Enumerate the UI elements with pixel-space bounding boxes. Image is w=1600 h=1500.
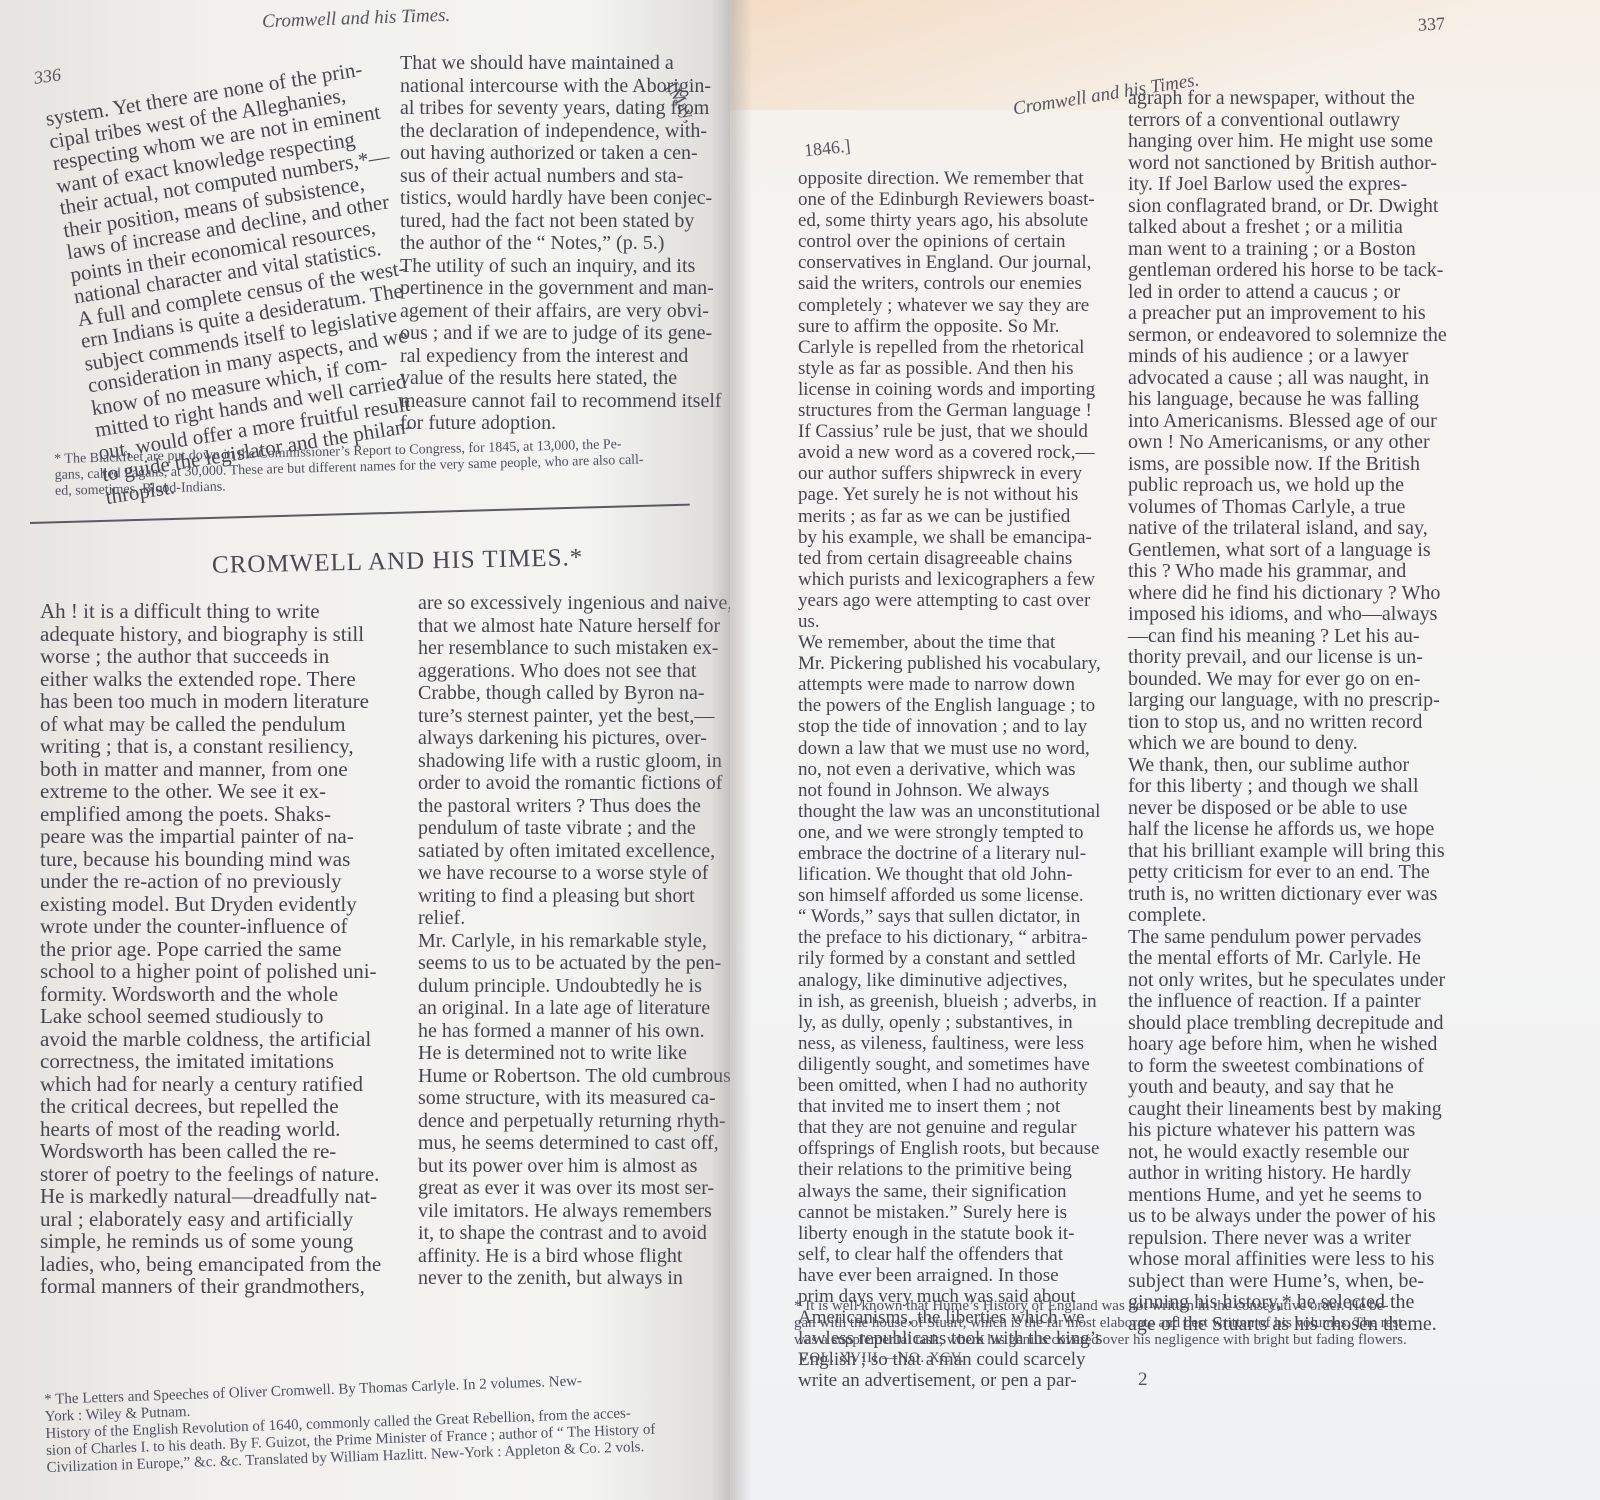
text-line: a preacher put an improvement to his bbox=[1128, 303, 1473, 325]
text-line: which we are bound to deny. bbox=[1128, 733, 1473, 755]
text-line: great as ever it was over its most ser- bbox=[418, 1177, 718, 1200]
text-line: said the writers, controls our enemies bbox=[798, 273, 1108, 294]
text-line: been omitted, when I had no authority bbox=[798, 1075, 1108, 1096]
right-page: Cromwell and his Times. 337 1846.] oppos… bbox=[730, 0, 1600, 1500]
text-line: tion to stop us, and no written record bbox=[1128, 712, 1473, 734]
text-line: should place trembling decrepitude and bbox=[1128, 1013, 1473, 1035]
text-line: of what may be called the pendulum bbox=[40, 713, 385, 736]
text-line: ture, because his bounding mind was bbox=[40, 848, 385, 871]
text-line: license in coining words and importing bbox=[798, 379, 1108, 400]
text-line: into Americanisms. Blessed age of our bbox=[1128, 411, 1473, 433]
text-line: control over the opinions of certain bbox=[798, 231, 1108, 252]
text-line: aggerations. Who does not see that bbox=[418, 660, 718, 683]
text-line: The utility of such an inquiry, and its bbox=[400, 255, 700, 278]
text-line: down a law that we must use no word, bbox=[798, 738, 1108, 759]
text-line: cannot be mistaken.” Surely here is bbox=[798, 1202, 1108, 1223]
text-line: Gentlemen, what sort of a language is bbox=[1128, 540, 1473, 562]
article-title: CROMWELL AND HIS TIMES.* bbox=[212, 544, 584, 580]
text-line: adequate history, and biography is still bbox=[40, 623, 385, 646]
text-line: it, to shape the contrast and to avoid bbox=[418, 1222, 718, 1245]
text-line: simple, he reminds us of some young bbox=[40, 1230, 385, 1253]
text-line: relief. bbox=[418, 907, 718, 930]
text-line: for this liberty ; and though we shall bbox=[1128, 776, 1473, 798]
text-line: either walks the extended rope. There bbox=[40, 668, 385, 691]
text-line: which had for nearly a century ratified bbox=[40, 1073, 385, 1096]
left-body-column-1: Ah ! it is a difficult thing to writeade… bbox=[40, 600, 385, 1298]
text-line: lification. We thought that old John- bbox=[798, 864, 1108, 885]
right-footnote: * It is well known that Hume’s History o… bbox=[794, 1298, 1554, 1349]
text-line: ladies, who, being emancipated from the bbox=[40, 1253, 385, 1276]
text-line: by his example, we shall be emancipa- bbox=[798, 527, 1108, 548]
text-line: word not sanctioned by British author- bbox=[1128, 153, 1473, 175]
text-line: shadowing life with a rustic gloom, in bbox=[418, 750, 718, 773]
text-line: ity. If Joel Barlow used the expres- bbox=[1128, 174, 1473, 196]
right-page-number: 337 bbox=[1417, 13, 1445, 35]
text-line: Mr. Pickering published his vocabulary, bbox=[798, 653, 1108, 674]
text-line: that his brilliant example will bring th… bbox=[1128, 841, 1473, 863]
text-line: minds of his audience ; or a lawyer bbox=[1128, 346, 1473, 368]
right-column-2: agraph for a newspaper, without theterro… bbox=[1128, 88, 1473, 1335]
text-line: correctness, the imitated imitations bbox=[40, 1050, 385, 1073]
left-bottom-footnote: * The Letters and Speeches of Oliver Cro… bbox=[44, 1368, 727, 1477]
footnote-line: gan with the house of Stuart, which is t… bbox=[794, 1315, 1554, 1332]
text-line: the mental efforts of Mr. Carlyle. He bbox=[1128, 948, 1473, 970]
text-line: peare was the impartial painter of na- bbox=[40, 825, 385, 848]
text-line: one, and we were strongly tempted to bbox=[798, 822, 1108, 843]
text-line: national intercourse with the Aborigin- bbox=[400, 75, 700, 98]
text-line: value of the results here stated, the bbox=[400, 367, 700, 390]
text-line: diligently sought, and sometimes have bbox=[798, 1054, 1108, 1075]
text-line: caught their lineaments best by making bbox=[1128, 1099, 1473, 1121]
text-line: always the same, their signification bbox=[798, 1181, 1108, 1202]
text-line: whose moral affinities were less to his bbox=[1128, 1249, 1473, 1271]
text-line: his language, because he was falling bbox=[1128, 389, 1473, 411]
text-line: the pastoral writers ? Thus does the bbox=[418, 795, 718, 818]
text-line: this ? Who made his grammar, and bbox=[1128, 561, 1473, 583]
text-line: —can find his meaning ? Let his au- bbox=[1128, 626, 1473, 648]
text-line: “ Words,” says that sullen dictator, in bbox=[798, 906, 1108, 927]
text-line: dence and perpetually returning rhyth- bbox=[418, 1110, 718, 1133]
text-line: where did he find his dictionary ? Who bbox=[1128, 583, 1473, 605]
left-page: Cromwell and his Times. 336 [May, system… bbox=[0, 0, 730, 1500]
text-line: author in writing history. He hardly bbox=[1128, 1163, 1473, 1185]
text-line: not only writes, but he speculates under bbox=[1128, 970, 1473, 992]
text-line: the influence of reaction. If a painter bbox=[1128, 991, 1473, 1013]
text-line: writing to find a pleasing but short bbox=[418, 885, 718, 908]
text-line: affinity. He is a bird whose flight bbox=[418, 1245, 718, 1268]
text-line: Ah ! it is a difficult thing to write bbox=[40, 600, 385, 623]
section-divider-rule bbox=[30, 504, 690, 524]
text-line: her resemblance to such mistaken ex- bbox=[418, 637, 718, 660]
text-line: Carlyle is repelled from the rhetorical bbox=[798, 337, 1108, 358]
text-line: agraph for a newspaper, without the bbox=[1128, 88, 1473, 110]
text-line: own ! No Americanisms, or any other bbox=[1128, 432, 1473, 454]
text-line: avoid the marble coldness, the artificia… bbox=[40, 1028, 385, 1051]
text-line: son himself afforded us some license. bbox=[798, 885, 1108, 906]
text-line: ted from certain disagreeable chains bbox=[798, 548, 1108, 569]
text-line: the powers of the English language ; to bbox=[798, 695, 1108, 716]
text-line: but its power over him is almost as bbox=[418, 1155, 718, 1178]
text-line: complete. bbox=[1128, 905, 1473, 927]
text-line: We thank, then, our sublime author bbox=[1128, 755, 1473, 777]
text-line: If Cassius’ rule be just, that we should bbox=[798, 421, 1108, 442]
text-line: youth and beauty, and say that he bbox=[1128, 1077, 1473, 1099]
text-line: school to a higher point of polished uni… bbox=[40, 960, 385, 983]
text-line: bounded. We may for ever go on en- bbox=[1128, 669, 1473, 691]
left-page-number: 336 bbox=[33, 64, 63, 89]
signature-mark: VOL. XVIII.—NO. XCV. bbox=[798, 1350, 964, 1366]
text-line: attempts were made to narrow down bbox=[798, 674, 1108, 695]
text-line: his picture whatever his pattern was bbox=[1128, 1120, 1473, 1142]
text-line: ral expediency from the interest and bbox=[400, 345, 700, 368]
text-line: offsprings of English roots, but because bbox=[798, 1138, 1108, 1159]
text-line: never be disposed or be able to use bbox=[1128, 798, 1473, 820]
text-line: writing ; that is, a constant resiliency… bbox=[40, 735, 385, 758]
text-line: truth is, no written dictionary ever was bbox=[1128, 884, 1473, 906]
right-date-mark: 1846.] bbox=[803, 136, 851, 162]
text-line: native of the trilateral island, and say… bbox=[1128, 518, 1473, 540]
text-line: rily formed by a constant and settled bbox=[798, 948, 1108, 969]
text-line: tistics, would hardly have been conjec- bbox=[400, 187, 700, 210]
text-line: al tribes for seventy years, dating from bbox=[400, 97, 700, 120]
left-top-column-1: system. Yet there are none of the prin-c… bbox=[44, 55, 443, 508]
text-line: Mr. Carlyle, in his remarkable style, bbox=[418, 930, 718, 953]
text-line: ture’s sternest painter, yet the best,— bbox=[418, 705, 718, 728]
text-line: have ever been arraigned. In those bbox=[798, 1265, 1108, 1286]
text-line: for future adoption. bbox=[400, 412, 700, 435]
text-line: existing model. But Dryden evidently bbox=[40, 893, 385, 916]
text-line: storer of poetry to the feelings of natu… bbox=[40, 1163, 385, 1186]
text-line: mus, he seems determined to cast off, bbox=[418, 1132, 718, 1155]
text-line: He is determined not to write like bbox=[418, 1042, 718, 1065]
text-line: Wordsworth has been called the re- bbox=[40, 1140, 385, 1163]
text-line: never to the zenith, but always in bbox=[418, 1267, 718, 1290]
text-line: seems to us to be actuated by the pen- bbox=[418, 952, 718, 975]
text-line: pertinence in the government and man- bbox=[400, 277, 700, 300]
text-line: Lake school seemed studiously to bbox=[40, 1005, 385, 1028]
text-line: man went to a training ; or a Boston bbox=[1128, 239, 1473, 261]
text-line: their relations to the primitive being bbox=[798, 1159, 1108, 1180]
text-line: wrote under the counter-influence of bbox=[40, 915, 385, 938]
text-line: Crabbe, though called by Byron na- bbox=[418, 682, 718, 705]
text-line: formity. Wordsworth and the whole bbox=[40, 983, 385, 1006]
text-line: pendulum of taste vibrate ; and the bbox=[418, 817, 718, 840]
text-line: talked about a freshet ; or a militia bbox=[1128, 217, 1473, 239]
text-line: advocated a cause ; all was naught, in bbox=[1128, 368, 1473, 390]
text-line: repulsion. There never was a writer bbox=[1128, 1228, 1473, 1250]
text-line: ly, as dully, openly ; substantives, in bbox=[798, 1012, 1108, 1033]
text-line: vile imitators. He always remembers bbox=[418, 1200, 718, 1223]
text-line: self, to clear half the offenders that bbox=[798, 1244, 1108, 1265]
text-line: completely ; whatever we say they are bbox=[798, 295, 1108, 316]
text-line: the prior age. Pope carried the same bbox=[40, 938, 385, 961]
text-line: he has formed a manner of his own. bbox=[418, 1020, 718, 1043]
text-line: not, he would exactly resemble our bbox=[1128, 1142, 1473, 1164]
text-line: sion conflagrated brand, or Dr. Dwight bbox=[1128, 196, 1473, 218]
text-line: ed, some thirty years ago, his absolute bbox=[798, 210, 1108, 231]
left-body-column-2: are so excessively ingenious and naive,t… bbox=[418, 592, 718, 1290]
signature-number: 2 bbox=[1138, 1372, 1148, 1388]
text-line: the critical decrees, but repelled the bbox=[40, 1095, 385, 1118]
text-line: ous ; and if we are to judge of its gene… bbox=[400, 322, 700, 345]
text-line: which purists and lexicographers a few bbox=[798, 569, 1108, 590]
text-line: led in order to attend a caucus ; or bbox=[1128, 282, 1473, 304]
text-line: both in matter and manner, from one bbox=[40, 758, 385, 781]
text-line: measure cannot fail to recommend itself bbox=[400, 390, 700, 413]
text-line: ural ; elaborately easy and artificially bbox=[40, 1208, 385, 1231]
text-line: petty criticism for ever to an end. The bbox=[1128, 862, 1473, 884]
text-line: We remember, about the time that bbox=[798, 632, 1108, 653]
text-line: the author of the “ Notes,” (p. 5.) bbox=[400, 232, 700, 255]
text-line: an original. In a late age of literature bbox=[418, 997, 718, 1020]
book-spread: Cromwell and his Times. 336 [May, system… bbox=[0, 0, 1600, 1500]
left-top-column-2: That we should have maintained anational… bbox=[400, 52, 700, 435]
text-line: gentleman ordered his horse to be tack- bbox=[1128, 260, 1473, 282]
text-line: public reproach us, we hold up the bbox=[1128, 475, 1473, 497]
left-running-head: Cromwell and his Times. bbox=[262, 5, 451, 34]
text-line: tured, had the fact not been stated by bbox=[400, 210, 700, 233]
text-line: under the re-action of no previously bbox=[40, 870, 385, 893]
text-line: some structure, with its measured ca- bbox=[418, 1087, 718, 1110]
text-line: years ago were attempting to cast over bbox=[798, 590, 1108, 611]
text-line: hanging over him. He might use some bbox=[1128, 131, 1473, 153]
text-line: sus of their actual numbers and sta- bbox=[400, 165, 700, 188]
text-line: He is markedly natural—dreadfully nat- bbox=[40, 1185, 385, 1208]
text-line: emplified among the poets. Shaks- bbox=[40, 803, 385, 826]
text-line: embrace the doctrine of a literary nul- bbox=[798, 843, 1108, 864]
right-column-1: opposite direction. We remember thatone … bbox=[798, 168, 1108, 1391]
text-line: us. bbox=[798, 611, 1108, 632]
text-line: page. Yet surely he is not without his bbox=[798, 484, 1108, 505]
text-line: not found in Johnson. We always bbox=[798, 780, 1108, 801]
text-line: opposite direction. We remember that bbox=[798, 168, 1108, 189]
text-line: mentions Hume, and yet he seems to bbox=[1128, 1185, 1473, 1207]
text-line: Hume or Robertson. The old cumbrous bbox=[418, 1065, 718, 1088]
text-line: sermon, or endeavored to solemnize the bbox=[1128, 325, 1473, 347]
text-line: liberty enough in the statute book it- bbox=[798, 1223, 1108, 1244]
text-line: our author suffers shipwreck in every bbox=[798, 463, 1108, 484]
text-line: The same pendulum power pervades bbox=[1128, 927, 1473, 949]
text-line: to form the sweetest combinations of bbox=[1128, 1056, 1473, 1078]
text-line: one of the Edinburgh Reviewers boast- bbox=[798, 189, 1108, 210]
text-line: write an advertisement, or pen a par- bbox=[798, 1370, 1108, 1391]
text-line: hearts of most of the reading world. bbox=[40, 1118, 385, 1141]
text-line: in ish, as greenish, blueish ; adverbs, … bbox=[798, 991, 1108, 1012]
text-line: no, not even a derivative, which was bbox=[798, 759, 1108, 780]
text-line: avoid a new word as a covered rock,— bbox=[798, 442, 1108, 463]
text-line: sure to affirm the opposite. So Mr. bbox=[798, 316, 1108, 337]
text-line: satiated by often imitated excellence, bbox=[418, 840, 718, 863]
footnote-line: was a supplemental task, where his geniu… bbox=[794, 1332, 1554, 1349]
text-line: stop the tide of innovation ; and to lay bbox=[798, 716, 1108, 737]
text-line: merits ; as far as we can be justified bbox=[798, 506, 1108, 527]
text-line: larging our language, with no prescrip- bbox=[1128, 690, 1473, 712]
text-line: formal manners of their grandmothers, bbox=[40, 1275, 385, 1298]
text-line: that we almost hate Nature herself for bbox=[418, 615, 718, 638]
text-line: dulum principle. Undoubtedly he is bbox=[418, 975, 718, 998]
text-line: ness, as vileness, faultiness, were less bbox=[798, 1033, 1108, 1054]
text-line: half the license he affords us, we hope bbox=[1128, 819, 1473, 841]
text-line: us to be always under the power of his bbox=[1128, 1206, 1473, 1228]
footnote-line: * It is well known that Hume’s History o… bbox=[794, 1298, 1554, 1315]
text-line: that they are not genuine and regular bbox=[798, 1117, 1108, 1138]
text-line: thority prevail, and our license is un- bbox=[1128, 647, 1473, 669]
text-line: conservatives in England. Our journal, bbox=[798, 252, 1108, 273]
text-line: agement of their affairs, are very obvi- bbox=[400, 300, 700, 323]
text-line: structures from the German language ! bbox=[798, 400, 1108, 421]
text-line: extreme to the other. We see it ex- bbox=[40, 780, 385, 803]
text-line: thought the law was an unconstitutional bbox=[798, 801, 1108, 822]
text-line: volumes of Thomas Carlyle, a true bbox=[1128, 497, 1473, 519]
text-line: imposed his idioms, and who—always bbox=[1128, 604, 1473, 626]
text-line: analogy, like diminutive adjectives, bbox=[798, 970, 1108, 991]
text-line: isms, are possible now. If the British bbox=[1128, 454, 1473, 476]
text-line: order to avoid the romantic fictions of bbox=[418, 772, 718, 795]
text-line: worse ; the author that succeeds in bbox=[40, 645, 385, 668]
text-line: terrors of a conventional outlawry bbox=[1128, 110, 1473, 132]
text-line: that invited me to insert them ; not bbox=[798, 1096, 1108, 1117]
text-line: subject than were Hume’s, when, be- bbox=[1128, 1271, 1473, 1293]
text-line: That we should have maintained a bbox=[400, 52, 700, 75]
text-line: are so excessively ingenious and naive, bbox=[418, 592, 718, 615]
text-line: hoary age before him, when he wished bbox=[1128, 1034, 1473, 1056]
text-line: has been too much in modern literature bbox=[40, 690, 385, 713]
text-line: always darkening his pictures, over- bbox=[418, 727, 718, 750]
text-line: out having authorized or taken a cen- bbox=[400, 142, 700, 165]
text-line: the preface to his dictionary, “ arbitra… bbox=[798, 927, 1108, 948]
text-line: we have recourse to a worse style of bbox=[418, 862, 718, 885]
text-line: style as far as possible. And then his bbox=[798, 358, 1108, 379]
text-line: the declaration of independence, with- bbox=[400, 120, 700, 143]
